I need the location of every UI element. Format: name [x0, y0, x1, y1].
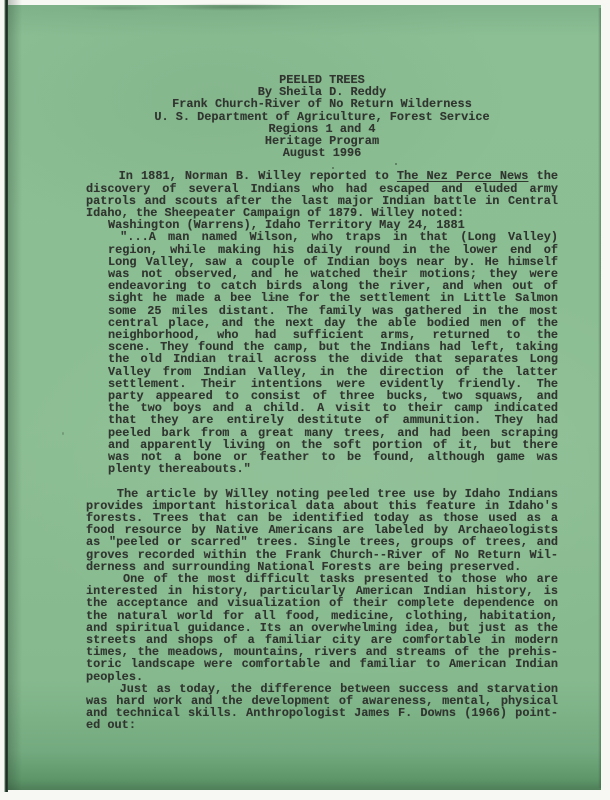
text-line: discovery of several Indians who had esc… — [86, 183, 558, 195]
scan-artifact — [60, 4, 180, 12]
text-line: groves recorded within the Frank Church-… — [86, 549, 558, 561]
text-line: sight he made a bee line for the settlem… — [108, 292, 558, 304]
text-line: plenty thereabouts." — [108, 463, 558, 475]
text-line: as "peeled or scarred" trees. Single tre… — [86, 536, 558, 548]
text-line: that they are entirely destitute of ammu… — [108, 414, 558, 426]
text-line: the acceptance and visualization of thei… — [86, 597, 558, 609]
title-line: Frank Church-River of No Return Wilderne… — [86, 98, 558, 110]
text-line: ed out: — [86, 719, 558, 731]
document-title-block: PEELED TREESBy Sheila D. ReddyFrank Chur… — [86, 74, 558, 159]
text-line: the natural world for all food, medicine… — [86, 610, 558, 622]
text-line: In 1881, Norman B. Willey reported to Th… — [86, 170, 558, 182]
scanned-document: PEELED TREESBy Sheila D. ReddyFrank Chur… — [0, 0, 610, 800]
scan-artifact — [150, 3, 360, 13]
paragraph: The article by Willey noting peeled tree… — [86, 488, 558, 573]
text-line: "...A man named Wilson, who traps in tha… — [108, 231, 558, 243]
title-line: U. S. Department of Agriculture, Forest … — [86, 111, 558, 123]
paragraph: One of the most difficult tasks presente… — [86, 573, 558, 683]
scan-artifact — [62, 432, 64, 435]
text-line: and technical skills. Anthropologist Jam… — [86, 707, 558, 719]
document-text: PEELED TREESBy Sheila D. ReddyFrank Chur… — [86, 74, 558, 732]
text-line: the old Indian trail across the divide t… — [108, 353, 558, 365]
text-line: The article by Willey noting peeled tree… — [86, 488, 558, 500]
text-line: peoples. — [86, 671, 558, 683]
text-line: region, while making his daily round in … — [108, 244, 558, 256]
paragraph: "...A man named Wilson, who traps in tha… — [108, 231, 558, 475]
text-line: toric landscape were comfortable and fam… — [86, 658, 558, 670]
document-body: In 1881, Norman B. Willey reported to Th… — [86, 170, 558, 731]
paragraph: In 1881, Norman B. Willey reported to Th… — [86, 170, 558, 219]
title-line: August 1996 — [86, 147, 558, 159]
scan-left-inner-shade — [8, 0, 22, 790]
paragraph: Just as today, the difference between su… — [86, 683, 558, 732]
scan-right-edge-line — [598, 8, 601, 788]
